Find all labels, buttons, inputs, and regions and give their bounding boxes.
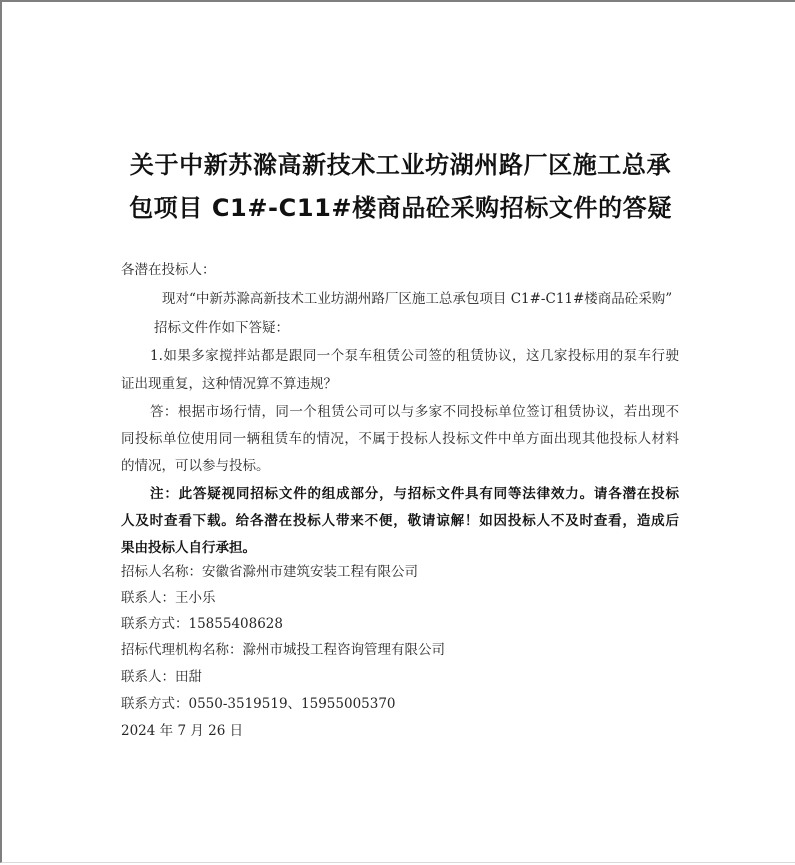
agency-name: 招标代理机构名称：滁州市城投工程咨询管理有限公司	[121, 641, 445, 659]
document-title-line-1: 关于中新苏滁高新技术工业坊湖州路厂区施工总承	[3, 145, 795, 180]
answer-line-3: 的情况，可以参与投标。	[121, 457, 270, 475]
question-line-1: 1.如果多家搅拌站都是跟同一个泵车租赁公司签的租赁协议，这几家投标用的泵车行驶	[150, 347, 679, 365]
tenderer-phone: 联系方式：15855408628	[121, 615, 283, 633]
note-line-2: 人及时查看下载。给各潜在投标人带来不便，敬请谅解！如因投标人不及时查看，造成后	[121, 512, 679, 530]
note-line-3: 果由投标人自行承担。	[121, 539, 256, 557]
document-page: 关于中新苏滁高新技术工业坊湖州路厂区施工总承 包项目 C1#-C11#楼商品砼采…	[0, 0, 795, 863]
agency-contact-person: 联系人：田甜	[121, 668, 202, 686]
question-line-2: 证出现重复，这种情况算不算违规？	[121, 375, 337, 393]
document-date: 2024 年 7 月 26 日	[121, 722, 243, 740]
document-title-line-2: 包项目 C1#-C11#楼商品砼采购招标文件的答疑	[3, 188, 795, 223]
answer-line-1: 答：根据市场行情，同一个租赁公司可以与多家不同投标单位签订租赁协议，若出现不	[150, 403, 679, 421]
note-line-1: 注：此答疑视同招标文件的组成部分，与招标文件具有同等法律效力。请各潜在投标	[150, 485, 679, 503]
answer-line-2: 同投标单位使用同一辆租赁车的情况，不属于投标人投标文件中单方面出现其他投标人材料	[121, 430, 679, 448]
agency-phone: 联系方式：0550-3519519、15955005370	[121, 695, 396, 713]
intro-line-1: 现对“中新苏滁高新技术工业坊湖州路厂区施工总承包项目 C1#-C11#楼商品砼采…	[162, 290, 672, 308]
salutation: 各潜在投标人：	[121, 261, 216, 279]
intro-line-2: 招标文件作如下答疑：	[154, 319, 289, 337]
tenderer-contact-person: 联系人：王小乐	[121, 589, 216, 607]
tenderer-name: 招标人名称：安徽省滁州市建筑安装工程有限公司	[121, 563, 418, 581]
